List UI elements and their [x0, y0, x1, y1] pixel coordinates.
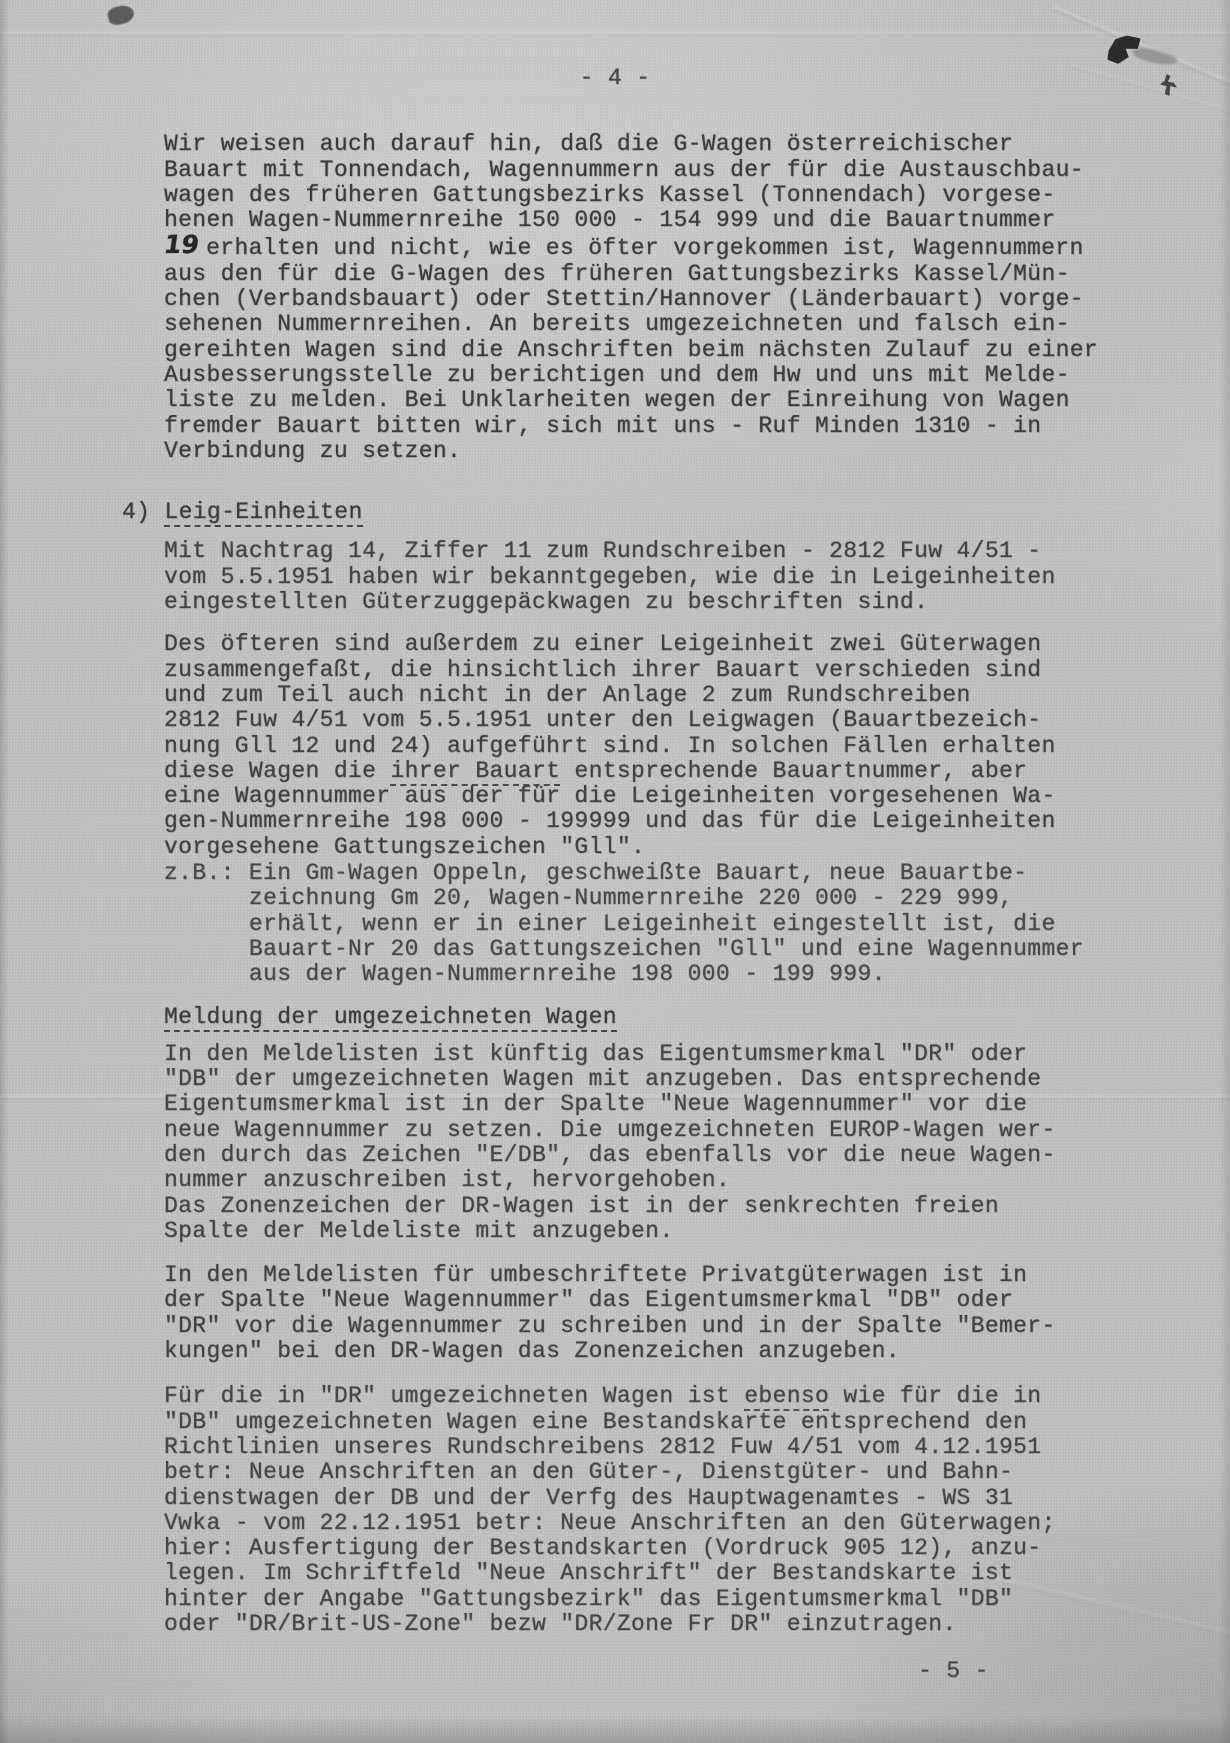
text-line: Ausbesserungsstelle zu berichtigen und d… [164, 363, 1230, 388]
text-line: den durch das Zeichen "E/DB", das ebenfa… [164, 1143, 1230, 1168]
text-line: hinter der Angabe "Gattungsbezirk" das E… [164, 1587, 1230, 1612]
paragraph-beispiel-gm-wagen: z.B.: Ein Gm-Wagen Oppeln, geschweißte B… [164, 861, 1230, 987]
text-line: aus der Wagen-Nummernreihe 198 000 - 199… [164, 962, 1230, 987]
text-line: Vwka - vom 22.12.1951 betr: Neue Anschri… [164, 1511, 1230, 1536]
page-number-header: - 4 - [0, 0, 1230, 91]
text-line: Für die in "DR" umgezeichneten Wagen ist… [164, 1384, 1230, 1409]
underlined-text: ebenso [744, 1383, 829, 1411]
paragraph-meldelisten-eigentumsmerkmal: In den Meldelisten ist künftig das Eigen… [164, 1042, 1230, 1244]
paper-edge-shadow-bottom [0, 1716, 1230, 1743]
text-line: Richtlinien unseres Rundschreibens 2812 … [164, 1435, 1230, 1460]
text-line: oder "DR/Brit-US-Zone" bezw "DR/Zone Fr … [164, 1612, 1230, 1637]
text-line: eingestellten Güterzuggepäckwagen zu bes… [164, 590, 1230, 615]
text-line: 19 erhalten und nicht, wie es öfter vorg… [164, 233, 1230, 261]
text-line: "DB" der umgezeichneten Wagen mit anzuge… [164, 1067, 1230, 1092]
text-line: vom 5.5.1951 haben wir bekanntgegeben, w… [164, 565, 1230, 590]
text-line: der Spalte "Neue Wagennummer" das Eigent… [164, 1288, 1230, 1313]
text-line: gereihten Wagen sind die Anschriften bei… [164, 338, 1230, 363]
text-segment: Für die in "DR" umgezeichneten Wagen ist [164, 1383, 744, 1409]
text-line: und zum Teil auch nicht in der Anlage 2 … [164, 683, 1230, 708]
text-line: erhält, wenn er in einer Leigeinheit ein… [164, 912, 1230, 937]
page-number-footer: - 5 - [918, 1659, 1230, 1684]
text-line: "DB" umgezeichneten Wagen eine Bestandsk… [164, 1410, 1230, 1435]
text-line: In den Meldelisten für umbeschriftete Pr… [164, 1263, 1230, 1288]
text-line: Das Zonenzeichen der DR-Wagen ist in der… [164, 1194, 1230, 1219]
text-segment: diese Wagen die [164, 758, 390, 784]
paragraph-bestandskarte: Für die in "DR" umgezeichneten Wagen ist… [164, 1384, 1230, 1637]
text-line: zeichnung Gm 20, Wagen-Nummernreihe 220 … [164, 886, 1230, 911]
text-line: Spalte der Meldeliste mit anzugeben. [164, 1219, 1230, 1244]
text-line: eine Wagennummer aus der für die Leigein… [164, 784, 1230, 809]
text-segment: wie für die in [829, 1383, 1041, 1409]
text-line: neue Wagennummer zu setzen. Die umgezeic… [164, 1118, 1230, 1143]
underlined-text: Leig-Einheiten [164, 499, 362, 527]
text-line: legen. Im Schriftfeld "Neue Anschrift" d… [164, 1561, 1230, 1586]
underlined-text: ihrer Bauart [390, 758, 560, 786]
text-line: hier: Ausfertigung der Bestandskarten (V… [164, 1536, 1230, 1561]
text-line: z.B.: Ein Gm-Wagen Oppeln, geschweißte B… [164, 861, 1230, 886]
text-line: wagen des früheren Gattungsbezirks Kasse… [164, 183, 1230, 208]
paragraph-leigeinheit-bauart: Des öfteren sind außerdem zu einer Leige… [164, 632, 1230, 860]
text-line: In den Meldelisten ist künftig das Eigen… [164, 1042, 1230, 1067]
text-line: diese Wagen die ihrer Bauart entsprechen… [164, 759, 1230, 784]
text-line: Verbindung zu setzen. [164, 439, 1230, 464]
handwritten-number: 19 [162, 232, 194, 257]
paragraph-nachtrag-14: Mit Nachtrag 14, Ziffer 11 zum Rundschre… [164, 539, 1230, 615]
text-line: chen (Verbandsbauart) oder Stettin/Hanno… [164, 287, 1230, 312]
text-segment: erhalten und nicht, wie es öfter vorgeko… [192, 235, 1084, 261]
text-line: 2812 Fuw 4/51 vom 5.5.1951 unter den Lei… [164, 708, 1230, 733]
text-segment: entsprechende Bauartnummer, aber [560, 758, 1027, 784]
section-heading-meldung-umgezeichnete-wagen: Meldung der umgezeichneten Wagen [164, 1005, 1230, 1030]
paper-edge-shadow-left [0, 0, 9, 1743]
text-line: henen Wagen-Nummernreihe 150 000 - 154 9… [164, 208, 1230, 233]
text-line: betr: Neue Anschriften an den Güter-, Di… [164, 1460, 1230, 1485]
text-line: "DR" vor die Wagennummer zu schreiben un… [164, 1314, 1230, 1339]
text-line: Eigentumsmerkmal ist in der Spalte "Neue… [164, 1092, 1230, 1117]
text-line: nung Gll 12 und 24) aufgeführt sind. In … [164, 734, 1230, 759]
text-line: liste zu melden. Bei Unklarheiten wegen … [164, 388, 1230, 413]
text-line: 4) Leig-Einheiten [122, 500, 1230, 525]
text-line: Wir weisen auch darauf hin, daß die G-Wa… [164, 132, 1230, 157]
text-line: vorgesehene Gattungszeichen "Gll". [164, 835, 1230, 860]
section-heading-leig-einheiten: 4) Leig-Einheiten [122, 500, 1230, 525]
text-line: zusammengefaßt, die hinsichtlich ihrer B… [164, 658, 1230, 683]
paragraph-g-wagen-oesterreich: Wir weisen auch darauf hin, daß die G-Wa… [164, 132, 1230, 464]
text-line: Mit Nachtrag 14, Ziffer 11 zum Rundschre… [164, 539, 1230, 564]
scanned-document-page: - 4 - Wir weisen auch darauf hin, daß di… [0, 0, 1230, 1743]
text-line: Meldung der umgezeichneten Wagen [164, 1005, 1230, 1030]
paragraph-privatgueterwagen: In den Meldelisten für umbeschriftete Pr… [164, 1263, 1230, 1364]
text-line: sehenen Nummernreihen. An bereits umgeze… [164, 312, 1230, 337]
text-line: kungen" bei den DR-Wagen das Zonenzeiche… [164, 1339, 1230, 1364]
text-line: fremder Bauart bitten wir, sich mit uns … [164, 414, 1230, 439]
text-line: dienstwagen der DB und der Verfg des Hau… [164, 1486, 1230, 1511]
text-line: gen-Nummernreihe 198 000 - 199999 und da… [164, 809, 1230, 834]
text-line: Bauart mit Tonnendach, Wagennummern aus … [164, 158, 1230, 183]
underlined-text: Meldung der umgezeichneten Wagen [164, 1004, 617, 1032]
text-line: aus den für die G-Wagen des früheren Gat… [164, 262, 1230, 287]
text-line: Bauart-Nr 20 das Gattungszeichen "Gll" u… [164, 937, 1230, 962]
text-line: Des öfteren sind außerdem zu einer Leige… [164, 632, 1230, 657]
text-line: nummer anzuschreiben ist, hervorgehoben. [164, 1168, 1230, 1193]
text-segment: 4) [122, 499, 164, 525]
